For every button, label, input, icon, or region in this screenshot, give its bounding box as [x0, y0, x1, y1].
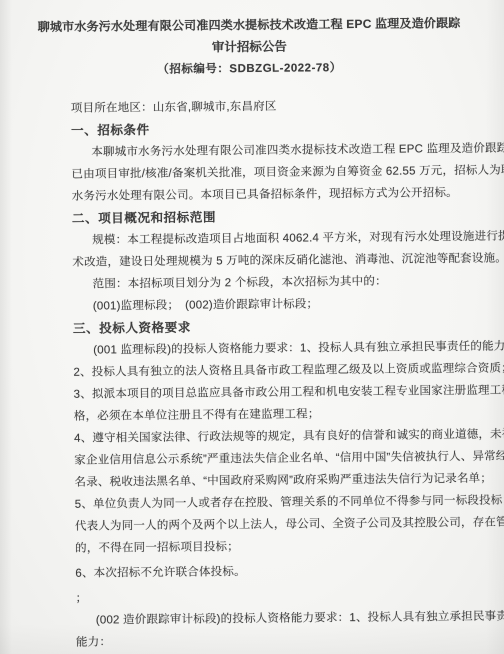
- doc-line: 6、本次招标不允许联合体投标。: [2, 559, 504, 586]
- tender-number: （招标编号：SDBZGL-2022-78）: [0, 56, 502, 83]
- scanned-sheet: 聊城市水务污水处理有限公司准四类水提标技术改造工程 EPC 监理及造价跟踪 审计…: [0, 0, 504, 654]
- document-header: 聊城市水务污水处理有限公司准四类水提标技术改造工程 EPC 监理及造价跟踪 审计…: [0, 0, 502, 82]
- doc-line: 的，不得在同一招标项目投标；: [2, 534, 504, 561]
- document-page: 聊城市水务污水处理有限公司准四类水提标技术改造工程 EPC 监理及造价跟踪 审计…: [0, 0, 504, 654]
- doc-line: 能力：: [3, 628, 504, 654]
- document-body: 项目所在地区：山东省,聊城市,东昌府区 一、招标条件 本聊城市水务污水处理有限公…: [0, 94, 504, 654]
